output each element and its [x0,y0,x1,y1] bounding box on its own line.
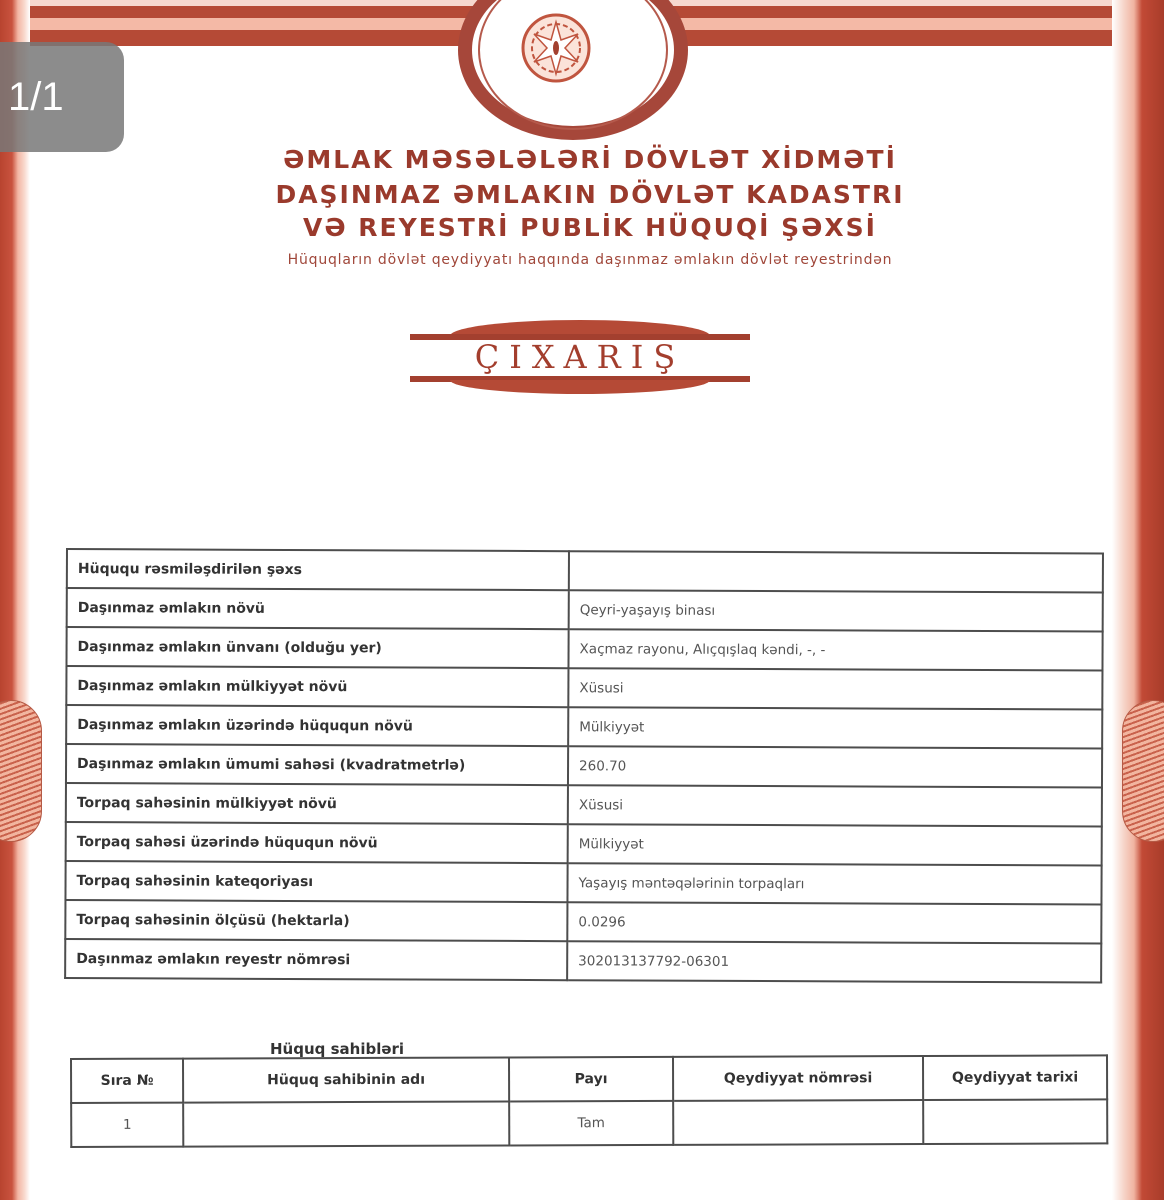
document-title: ÇIXARIŞ [410,338,750,376]
table-row: Daşınmaz əmlakın üzərində hüququn növüMü… [66,705,1102,749]
row-label: Daşınmaz əmlakın reyestr nömrəsi [65,939,567,980]
table-row: Daşınmaz əmlakın reyestr nömrəsi30201313… [65,939,1101,983]
row-value: 260.70 [568,746,1102,787]
row-value: Xaçmaz rayonu, Alıçqışlaq kəndi, -, - [568,629,1102,670]
table-row: 1Tam [71,1099,1107,1147]
row-label: Daşınmaz əmlakın növü [67,588,569,629]
row-label: Torpaq sahəsinin kateqoriyası [65,861,567,902]
page-counter-badge: 1/1 [0,42,124,152]
state-emblem-icon [520,12,592,84]
row-value: 0.0296 [567,902,1101,943]
row-value: 302013137792-06301 [567,941,1101,982]
row-value: Qeyri-yaşayış binası [569,590,1103,631]
table-row: Torpaq sahəsinin ölçüsü (hektarla)0.0296 [65,900,1101,944]
table-cell [183,1101,509,1146]
owners-header-row: Sıra № Hüquq sahibinin adı Payı Qeydiyya… [71,1055,1107,1103]
table-row: Torpaq sahəsi üzərində hüququn növüMülki… [66,822,1102,866]
row-value: Mülkiyyət [568,707,1102,748]
column-header: Payı [509,1057,673,1102]
row-value: Mülkiyyət [568,824,1102,865]
table-row: Torpaq sahəsinin mülkiyyət növüXüsusi [66,783,1102,827]
table-row: Daşınmaz əmlakın növüQeyri-yaşayış binas… [67,588,1103,632]
page-counter: 1/1 [8,75,64,120]
row-label: Daşınmaz əmlakın ünvanı (olduğu yer) [66,627,568,668]
row-value [569,551,1103,592]
table-row: Daşınmaz əmlakın mülkiyyət növüXüsusi [66,666,1102,710]
row-label: Torpaq sahəsi üzərində hüququn növü [66,822,568,863]
org-title-line2: DAŞINMAZ ƏMLAKIN DÖVLƏT KADASTRI [150,177,1030,212]
ornament-right-icon [1122,700,1164,842]
table-row: Hüququ rəsmiləşdirilən şəxs [67,549,1103,593]
owners-table: Sıra № Hüquq sahibinin adı Payı Qeydiyya… [70,1054,1108,1148]
row-value: Yaşayış məntəqələrinin torpaqları [567,863,1101,904]
org-title-line3: VƏ REYESTRİ PUBLİK HÜQUQİ ŞƏXSİ [150,210,1030,245]
table-cell: 1 [71,1103,183,1147]
ornament-left-icon [0,700,42,842]
row-label: Daşınmaz əmlakın ümumi sahəsi (kvadratme… [66,744,568,785]
document-title-banner: ÇIXARIŞ [410,318,750,396]
table-cell [673,1100,923,1145]
document-subtitle: Hüquqların dövlət qeydiyyatı haqqında da… [150,252,1030,268]
column-header: Hüquq sahibinin adı [183,1057,509,1102]
row-value: Xüsusi [568,668,1102,709]
row-label: Torpaq sahəsinin mülkiyyət növü [66,783,568,824]
decorative-frame-left [0,0,30,1200]
row-value: Xüsusi [568,785,1102,826]
owners-title: Hüquq sahibləri [270,1040,404,1058]
property-info-table: Hüququ rəsmiləşdirilən şəxsDaşınmaz əmla… [64,548,1104,984]
row-label: Torpaq sahəsinin ölçüsü (hektarla) [65,900,567,941]
column-header: Qeydiyyat nömrəsi [673,1056,923,1101]
table-cell: Tam [509,1101,673,1146]
table-cell [923,1099,1107,1144]
row-label: Daşınmaz əmlakın mülkiyyət növü [66,666,568,707]
table-row: Daşınmaz əmlakın ünvanı (olduğu yer)Xaçm… [66,627,1102,671]
table-row: Daşınmaz əmlakın ümumi sahəsi (kvadratme… [66,744,1102,788]
column-header: Sıra № [71,1059,183,1103]
decorative-frame-right [1112,0,1164,1200]
table-row: Torpaq sahəsinin kateqoriyasıYaşayış mən… [65,861,1101,905]
org-title-line1: ƏMLAK MƏSƏLƏLƏRİ DÖVLƏT XİDMƏTİ [150,142,1030,177]
column-header: Qeydiyyat tarixi [923,1055,1107,1100]
row-label: Hüququ rəsmiləşdirilən şəxs [67,549,569,590]
banner-ornament-bottom [450,380,710,394]
row-label: Daşınmaz əmlakın üzərində hüququn növü [66,705,568,746]
